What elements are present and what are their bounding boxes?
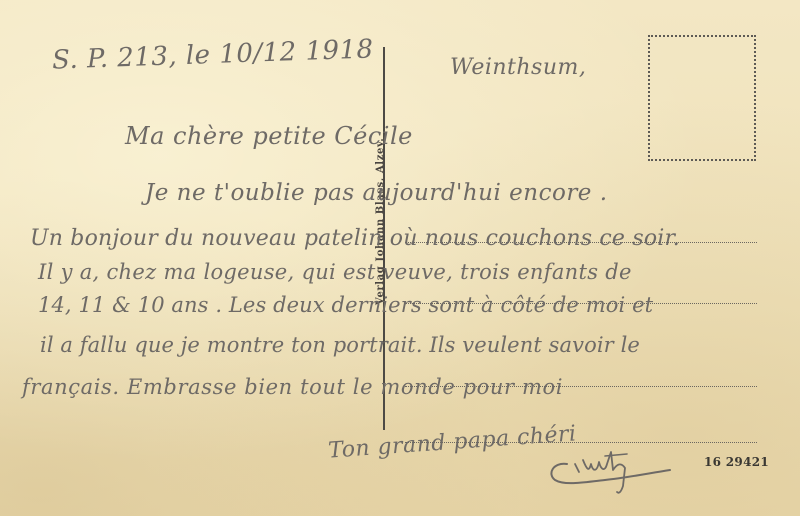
message-line-4: 14, 11 & 10 ans . Les deux derniers sont… — [38, 293, 653, 317]
serial-number: 16 29421 — [704, 455, 769, 469]
message-line-6: français. Embrasse bien tout le monde po… — [22, 375, 563, 399]
closing: Ton grand papa chéri — [327, 421, 577, 463]
salutation: Ma chère petite Cécile — [125, 122, 413, 150]
message-line-2: Un bonjour du nouveau patelin où nous co… — [30, 226, 680, 251]
place-date: S. P. 213, le 10/12 1918 — [52, 34, 375, 75]
message-line-3: Il y a, chez ma logeuse, qui est veuve, … — [38, 260, 632, 284]
postcard: S. P. 213, le 10/12 1918 Verlag Johann B… — [0, 0, 800, 516]
message-line-1: Je ne t'oublie pas aujourd'hui encore . — [145, 180, 608, 206]
message-line-5: il a fallu que je montre ton portrait. I… — [40, 333, 640, 357]
stamp-box — [648, 35, 756, 161]
signature-icon — [545, 442, 680, 497]
address-recipient: Weinthsum, — [450, 55, 586, 80]
